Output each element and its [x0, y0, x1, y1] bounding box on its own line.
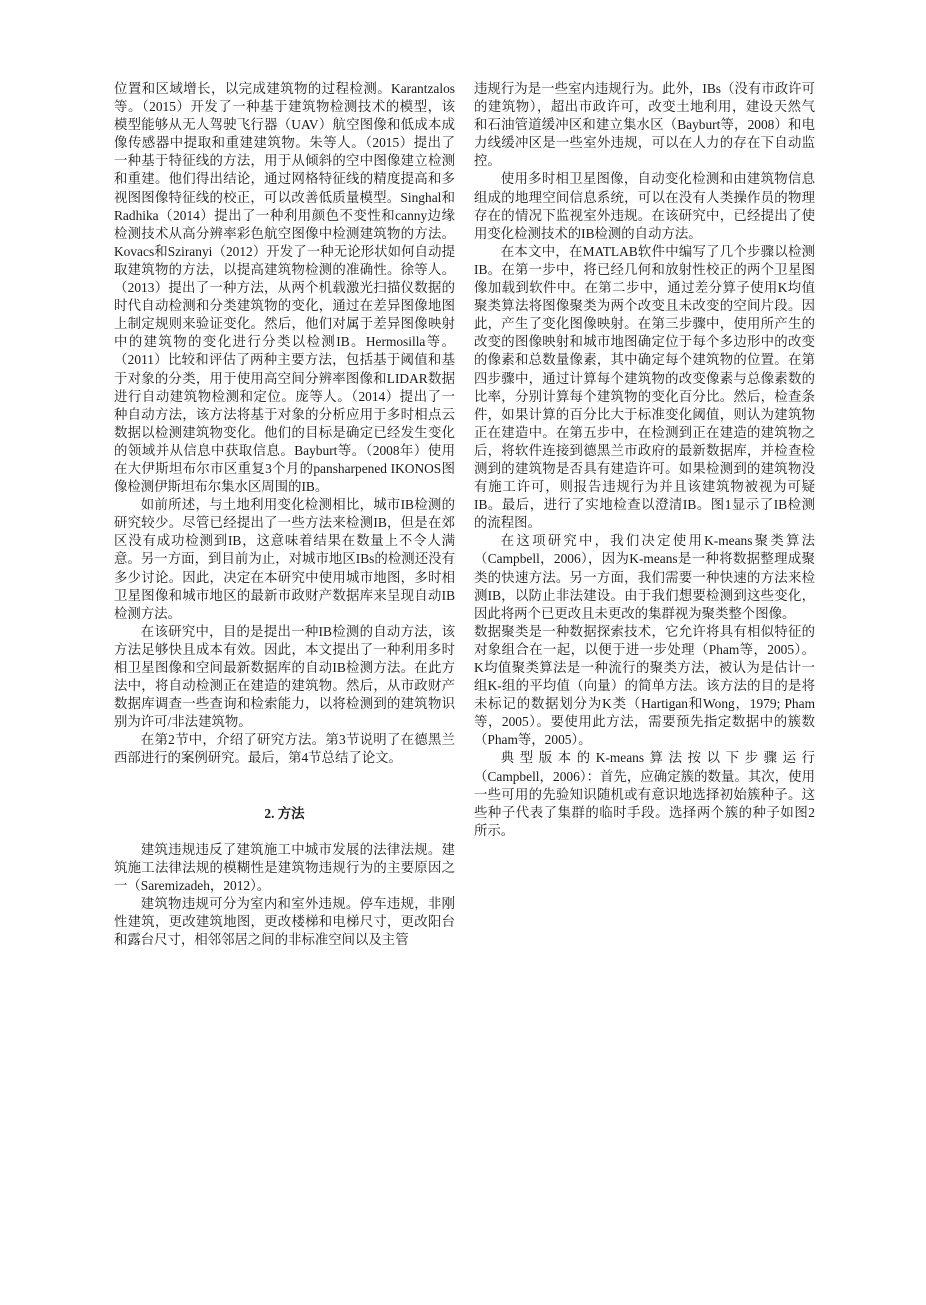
paragraph-kmeans-choice: 在这项研究中，我们决定使用K-means聚类算法（Campbell，2006），…	[474, 532, 815, 622]
paragraph-building-violation: 建筑违规违反了建筑施工中城市发展的法律法规。建筑施工法律法规的模糊性是建筑物违规…	[114, 841, 455, 895]
paragraph-data-clustering: 数据聚类是一种数据探索技术，它允许将具有相似特征的对象组合在一起，以便于进一步处…	[474, 623, 815, 750]
paragraph-related-work: 位置和区域增长，以完成建筑物的过程检测。Karantzalos等。（2015）开…	[114, 80, 455, 496]
paragraph-violation-types: 建筑物违规可分为室内和室外违规。停车违规，非刚性建筑，更改建筑地图，更改楼梯和电…	[114, 895, 455, 949]
paragraph-outline: 在第2节中，介绍了研究方法。第3节说明了在德黑兰西部进行的案例研究。最后，第4节…	[114, 731, 455, 767]
paragraph-motivation: 如前所述，与土地利用变化检测相比，城市IB检测的研究较少。尽管已经提出了一些方法…	[114, 496, 455, 623]
paragraph-matlab-steps: 在本文中，在MATLAB软件中编写了几个步骤以检测IB。在第一步中，将已经几何和…	[474, 243, 815, 533]
paragraph-kmeans-steps: 典型版本的K-means算法按以下步骤运行（Campbell，2006）：首先，…	[474, 749, 815, 839]
paragraph-violation-continued: 违规行为是一些室内违规行为。此外，IBs（没有市政许可的建筑物），超出市政许可，…	[474, 80, 815, 170]
left-column: 位置和区域增长，以完成建筑物的过程检测。Karantzalos等。（2015）开…	[114, 80, 455, 949]
paragraph-monitoring: 使用多时相卫星图像，自动变化检测和由建筑物信息组成的地理空间信息系统，可以在没有…	[474, 170, 815, 242]
paragraph-objective: 在该研究中，目的是提出一种IB检测的自动方法，该方法足够快且成本有效。因此，本文…	[114, 623, 455, 732]
right-column: 违规行为是一些室内违规行为。此外，IBs（没有市政许可的建筑物），超出市政许可，…	[474, 80, 815, 840]
section-heading-methods: 2. 方法	[114, 805, 455, 823]
